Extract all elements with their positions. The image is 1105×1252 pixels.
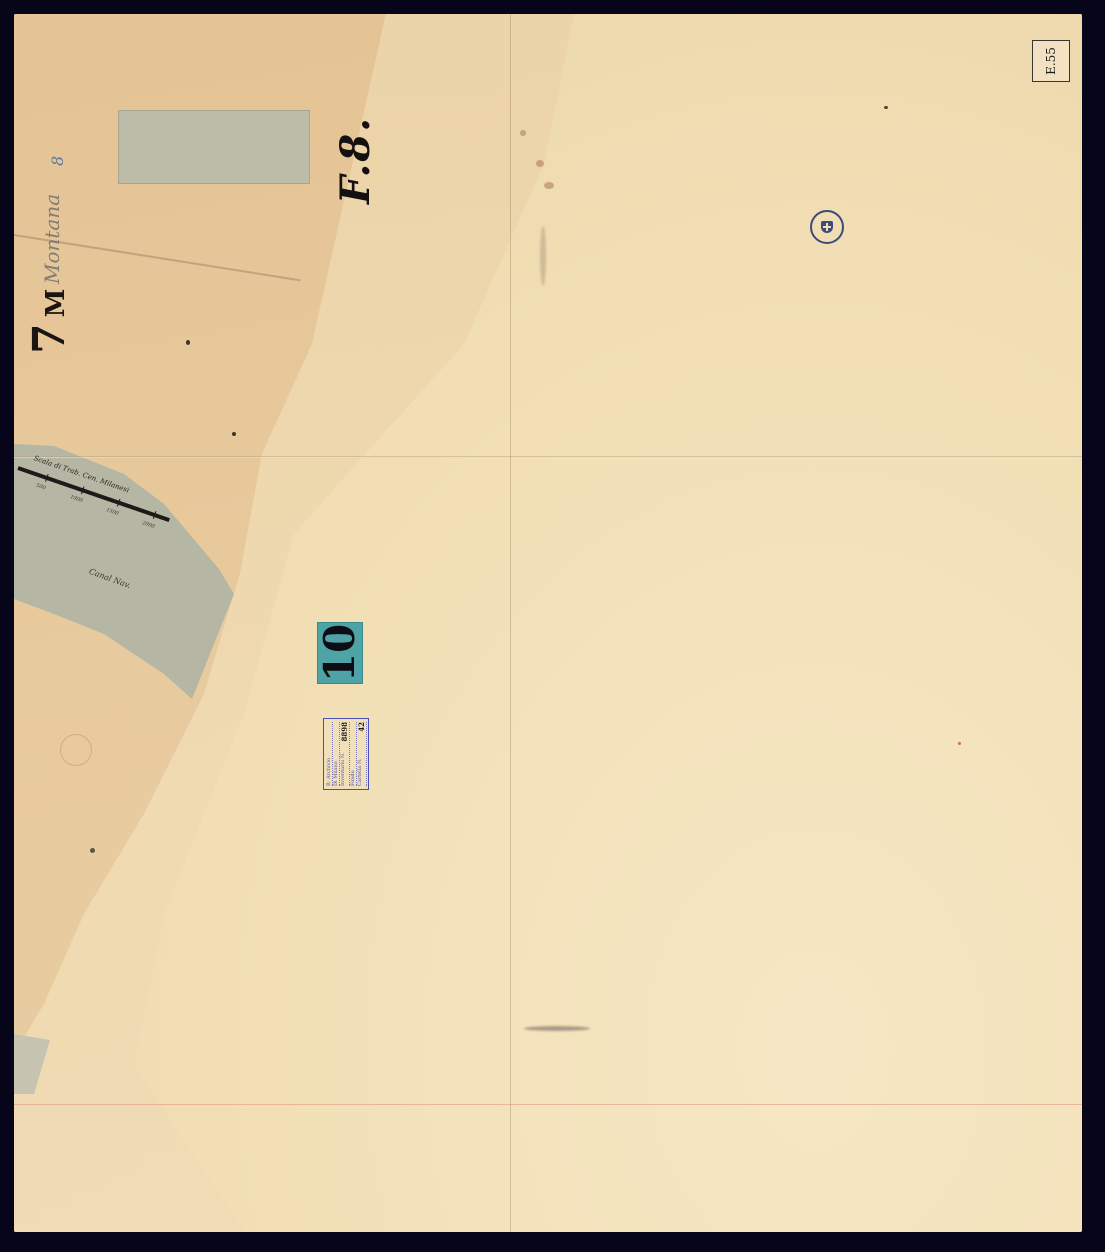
folio-label: F.8. bbox=[332, 116, 379, 204]
ink-smudge bbox=[540, 226, 546, 286]
stamp-rows: R. Archivio Di Milano Inventario N.8898 … bbox=[324, 719, 368, 789]
stamp-row: Di Milano bbox=[333, 722, 340, 786]
stain bbox=[958, 742, 961, 745]
handwritten-name: Montana bbox=[40, 194, 64, 284]
shelfmark-text: E.55 bbox=[1044, 47, 1058, 75]
stamp-row: Cartella N.42 bbox=[357, 722, 367, 786]
stain bbox=[520, 130, 526, 136]
number-label-value: 10 bbox=[319, 624, 361, 682]
shield-cross-icon bbox=[821, 221, 833, 233]
sheet-code-letter: M bbox=[41, 289, 71, 318]
stain bbox=[536, 160, 544, 167]
stain bbox=[544, 182, 554, 189]
blind-emboss-stamp bbox=[60, 734, 92, 766]
shelfmark-box: E.55 bbox=[1032, 40, 1070, 82]
archive-stamp: R. Archivio Di Milano Inventario N.8898 … bbox=[323, 718, 369, 790]
stain bbox=[884, 106, 888, 109]
stamp-row-value: 42 bbox=[357, 722, 366, 732]
stamp-row: Inventario N.8898 bbox=[340, 722, 350, 786]
stamp-row: Fondo bbox=[350, 722, 357, 786]
stamp-row-label: Inventario N. bbox=[340, 753, 349, 786]
round-archive-seal bbox=[810, 210, 844, 244]
stamp-row-label: Cartella N. bbox=[357, 758, 366, 786]
stain bbox=[186, 340, 190, 345]
stain bbox=[90, 848, 95, 853]
pink-rule-line bbox=[14, 1104, 1082, 1105]
ink-smudge bbox=[524, 1026, 590, 1031]
stamp-row-value: 8898 bbox=[340, 722, 349, 741]
stamp-row-label: Fondo bbox=[350, 770, 356, 786]
sheet-code-number: 7 bbox=[24, 323, 75, 354]
sheet-code-label: 7M bbox=[24, 289, 75, 354]
grey-pasted-label bbox=[118, 110, 310, 184]
map-sheet: Scala di Trab. Cen. Milanesi 500 1000 15… bbox=[14, 14, 1082, 1232]
stamp-row-label: Di Milano bbox=[333, 761, 339, 786]
stamp-row-label: R. Archivio bbox=[326, 758, 332, 786]
stain bbox=[232, 432, 236, 436]
number-label: 10 bbox=[317, 622, 363, 684]
horizontal-fold-line bbox=[14, 456, 1082, 458]
stamp-row: R. Archivio bbox=[326, 722, 333, 786]
vertical-fold-line bbox=[510, 14, 511, 1232]
handwritten-number: 8 bbox=[48, 156, 67, 166]
